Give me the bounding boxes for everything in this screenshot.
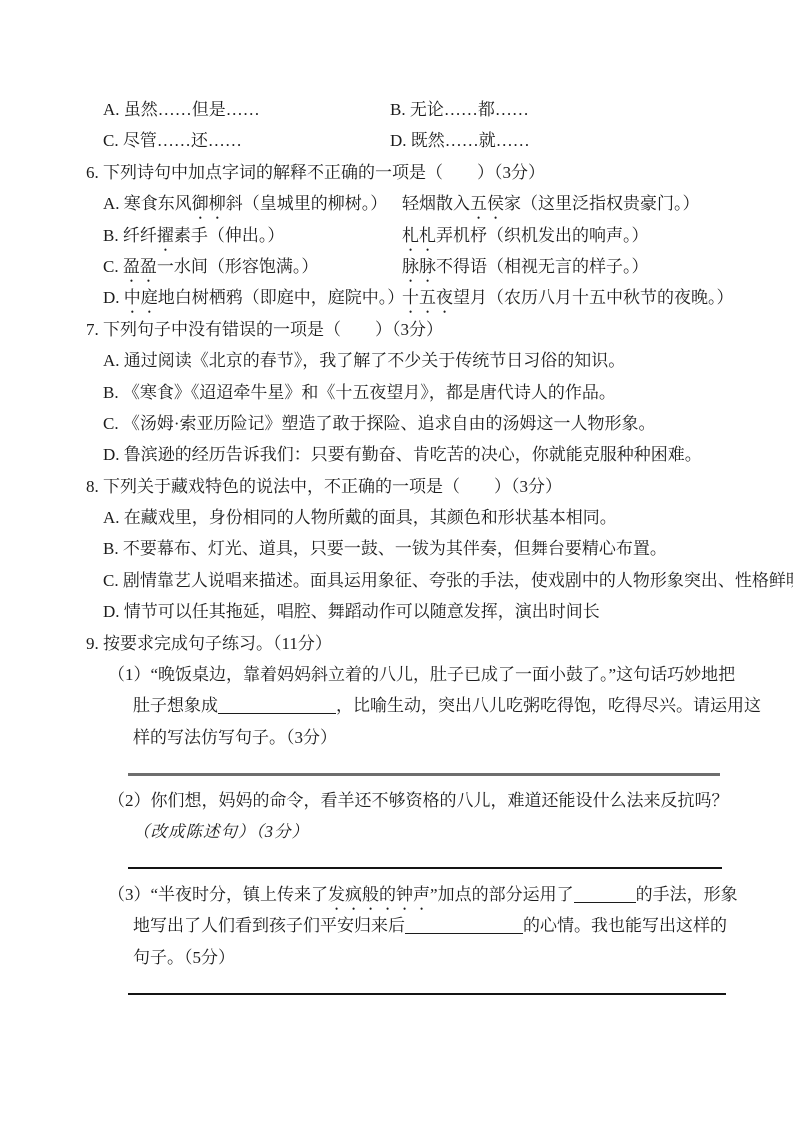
question-9-part3-line1: （3）“半夜时分，镇上传来了发疯般的钟声”加点的部分运用了的手法，形象 [0,879,793,910]
question-6-option-d-right: 十五夜望月（农历八月十五中秋节的夜晚。） [402,282,734,317]
question-6-option-b-right: 札札弄机杼（织机发出的响声。） [402,220,649,255]
question-6-option-d: D. 中庭地白树栖鸦（即庭中，庭院中。） 十五夜望月（农历八月十五中秋节的夜晚。… [0,282,793,313]
question-9-part1-line3: 样的写法仿写句子。（3分） [0,722,793,753]
text-segment: 望月（农历八月十五中秋节的夜晚。） [453,288,734,307]
text-segment: C. [103,257,123,276]
question-8-option-b: B. 不要幕布、灯光、道具，只要一鼓、一钹为其伴奏，但舞台要精心布置。 [0,533,793,564]
question-8-option-a: A. 在藏戏里，身份相同的人物所戴的面具，其颜色和形状基本相同。 [0,502,793,533]
prev-options-row-2: C. 尽管……还…… D. 既然……就…… [0,125,793,156]
question-6-option-c-right: 脉脉不得语（相视无言的样子。） [402,251,649,286]
emphasized-text: 脉脉 [402,257,436,276]
text-segment: 不得语（相视无言的样子。） [436,257,649,276]
text-segment: B. 纤纤 [103,226,157,245]
question-9-part2-line2: （改成陈述句）（3分） [0,816,793,847]
question-9-part3-line3: 句子。（5分） [0,942,793,973]
text-segment: 家（这里泛指权贵豪门。） [504,194,700,213]
prev-option-a: A. 虽然……但是…… [0,94,260,125]
text-segment: 的手法，形象 [636,885,738,904]
text-segment: 斜（皇城里的柳树。） [226,194,388,213]
text-segment: 素手（伸出。） [174,226,285,245]
text-segment: ”加点的部分运用了 [430,885,574,904]
question-7-option-b: B. 《寒食》《迢迢牵牛星》和《十五夜望月》，都是唐代诗人的作品。 [0,377,793,408]
prev-option-b: B. 无论……都…… [390,94,529,125]
question-9-part1-line1: （1）“晚饭桌边，靠着妈妈斜立着的八儿，肚子已成了一面小鼓了。”这句话巧妙地把 [0,659,793,690]
text-segment: 地白树栖鸦（即庭中，庭院中。） [158,288,405,307]
text-segment: 轻烟散入 [402,194,470,213]
emphasized-text: 五侯 [470,194,504,213]
text-segment: 的心情。我也能写出这样的 [523,916,727,935]
fill-in-blank [218,699,336,714]
exam-page: A. 虽然……但是…… B. 无论……都…… C. 尽管……还…… D. 既然…… [0,0,793,1122]
question-9-part2-line1: （2）你们想，妈妈的命令，看羊还不够资格的八儿，难道还能设什么法来反抗吗？ [0,785,793,816]
emphasized-text: 发疯般的钟声 [328,885,430,904]
question-6-option-a-right: 轻烟散入五侯家（这里泛指权贵豪门。） [402,188,700,223]
fill-in-blank [405,919,523,934]
question-7-stem: 7. 下列句子中没有错误的一项是（ ）（3分） [0,314,793,345]
question-8-option-c: C. 剧情靠艺人说唱来描述。面具运用象征、夸张的手法，使戏剧中的人物形象突出、性… [0,565,793,596]
exam-content: A. 虽然……但是…… B. 无论……都…… C. 尽管……还…… D. 既然…… [0,94,793,1004]
emphasized-text: 十五夜 [402,288,453,307]
prev-options-row-1: A. 虽然……但是…… B. 无论……都…… [0,94,793,125]
question-6-option-b-left: B. 纤纤擢素手（伸出。） [0,220,284,255]
answer-line-2 [0,847,793,878]
question-6-option-b: B. 纤纤擢素手（伸出。） 札札弄机杼（织机发出的响声。） [0,220,793,251]
text-segment: A. 寒食东风 [103,194,192,213]
emphasized-text: 御柳 [192,194,226,213]
question-9-stem: 9. 按要求完成句子练习。（11分） [0,628,793,659]
prev-option-d: D. 既然……就…… [390,125,530,156]
question-6-option-c-left: C. 盈盈一水间（形容饱满。） [0,251,318,286]
answer-rule-3 [128,993,726,995]
prev-option-c: C. 尽管……还…… [0,125,242,156]
question-8-option-d: D. 情节可以任其拖延，唱腔、舞蹈动作可以随意发挥，演出时间长 [0,596,793,627]
answer-rule-2 [128,867,722,869]
question-8-stem: 8. 下列关于藏戏特色的说法中，不正确的一项是（ ）（3分） [0,471,793,502]
text-segment: ，比喻生动，突出八儿吃粥吃得饱，吃得尽兴。请运用这 [336,696,761,715]
question-6-stem: 6. 下列诗句中加点字词的解释不正确的一项是（ ）（3分） [0,157,793,188]
text-segment: D. [103,288,124,307]
question-7-option-c: C. 《汤姆·索亚历险记》塑造了敢于探险、追求自由的汤姆这一人物形象。 [0,408,793,439]
text-segment: 肚子想象成 [133,696,218,715]
emphasized-text: 札札 [402,226,436,245]
question-7-option-d: D. 鲁滨逊的经历告诉我们：只要有勤奋、肯吃苦的决心，你就能克服种种困难。 [0,439,793,470]
question-9-part3-line2: 地写出了人们看到孩子们平安归来后的心情。我也能写出这样的 [0,910,793,941]
question-6-option-d-left: D. 中庭地白树栖鸦（即庭中，庭院中。） [0,282,404,317]
text-segment: （3）“半夜时分，镇上传来了 [108,885,328,904]
question-9-part1-line2: 肚子想象成，比喻生动，突出八儿吃粥吃得饱，吃得尽兴。请运用这 [0,690,793,721]
question-7-option-a: A. 通过阅读《北京的春节》，我了解了不少关于传统节日习俗的知识。 [0,345,793,376]
text-segment: 地写出了人们看到孩子们平安归来后 [133,916,405,935]
text-segment: 一水间（形容饱满。） [157,257,319,276]
question-6-option-a: A. 寒食东风御柳斜（皇城里的柳树。） 轻烟散入五侯家（这里泛指权贵豪门。） [0,188,793,219]
answer-rule-1 [128,773,720,776]
answer-line-1 [0,753,793,784]
emphasized-text: 擢 [157,226,174,245]
emphasized-text: 盈盈 [123,257,157,276]
emphasized-text: 中庭 [124,288,158,307]
answer-line-3 [0,973,793,1004]
text-segment: 弄机杼（织机发出的响声。） [436,226,649,245]
fill-in-blank [574,888,636,903]
question-6-option-a-left: A. 寒食东风御柳斜（皇城里的柳树。） [0,188,387,223]
question-6-option-c: C. 盈盈一水间（形容饱满。） 脉脉不得语（相视无言的样子。） [0,251,793,282]
